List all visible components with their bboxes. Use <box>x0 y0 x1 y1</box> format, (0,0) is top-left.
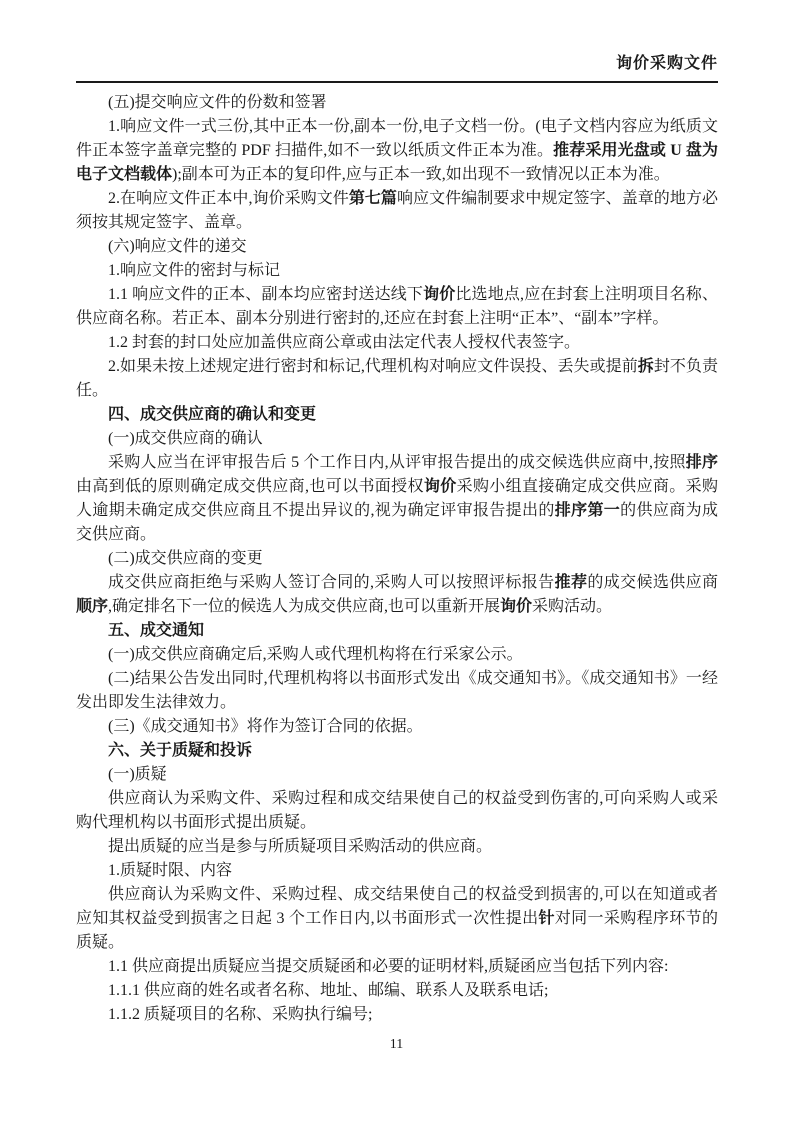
text-run: ,确定排名下一位的候选人为成交供应商,也可以重新开展 <box>108 598 500 615</box>
text-run: (二)结果公告发出同时,代理机构将以书面形式发出《成交通知书》。《成交通知书》一… <box>76 670 718 711</box>
paragraph: (二)成交供应商的变更 <box>76 547 718 571</box>
text-run: (二)成交供应商的变更 <box>108 550 263 567</box>
document-page: 询价采购文件 (五)提交响应文件的份数和签署1.响应文件一式三份,其中正本一份,… <box>0 0 793 1122</box>
text-run: 1.响应文件的密封与标记 <box>108 262 280 279</box>
text-run: 询价 <box>423 286 455 303</box>
text-run: 拆 <box>638 358 654 375</box>
text-run: (一)成交供应商确定后,采购人或代理机构将在行采家公示。 <box>108 646 523 663</box>
text-run: 采购人应当在评审报告后 5 个工作日内,从评审报告提出的成交候选供应商中,按照 <box>108 454 686 471</box>
page-content: 询价采购文件 (五)提交响应文件的份数和签署1.响应文件一式三份,其中正本一份,… <box>76 54 718 1027</box>
page-number: 11 <box>390 1037 403 1052</box>
paragraph: 1.响应文件一式三份,其中正本一份,副本一份,电子文档一份。(电子文档内容应为纸… <box>76 115 718 187</box>
paragraph: 提出质疑的应当是参与所质疑项目采购活动的供应商。 <box>76 835 718 859</box>
text-run: 2.如果未按上述规定进行密封和标记,代理机构对响应文件误投、丢失或提前 <box>108 358 638 375</box>
text-run: 六、关于质疑和投诉 <box>108 742 252 759</box>
text-run: (三)《成交通知书》将作为签订合同的依据。 <box>108 718 423 735</box>
text-run: 1.1 供应商提出质疑应当提交质疑函和必要的证明材料,质疑函应当包括下列内容: <box>108 958 668 975</box>
paragraph: (一)质疑 <box>76 763 718 787</box>
text-run: 询价 <box>500 598 532 615</box>
header-title: 询价采购文件 <box>76 54 718 73</box>
paragraph: (一)成交供应商确定后,采购人或代理机构将在行采家公示。 <box>76 643 718 667</box>
paragraph: 1.1.1 供应商的姓名或者名称、地址、邮编、联系人及联系电话; <box>76 979 718 1003</box>
text-run: 1.1 响应文件的正本、副本均应密封送达线下 <box>108 286 423 303</box>
text-run: 1.质疑时限、内容 <box>108 862 232 879</box>
paragraph: (六)响应文件的递交 <box>76 235 718 259</box>
text-run: 四、成交供应商的确认和变更 <box>108 406 316 423</box>
header-rule <box>76 81 718 83</box>
text-run: 排序 <box>686 454 718 471</box>
text-run: );副本可为正本的复印件,应与正本一致,如出现不一致情况以正本为准。 <box>172 166 670 183</box>
text-run: 由高到低的原则确定成交供应商,也可以书面授权 <box>76 478 424 495</box>
text-run: 第七篇 <box>349 190 397 207</box>
page-footer: 11 <box>0 1037 793 1053</box>
section-heading: 四、成交供应商的确认和变更 <box>76 403 718 427</box>
paragraph: 采购人应当在评审报告后 5 个工作日内,从评审报告提出的成交候选供应商中,按照排… <box>76 451 718 547</box>
paragraph: (三)《成交通知书》将作为签订合同的依据。 <box>76 715 718 739</box>
text-run: 排序第一 <box>555 502 620 519</box>
text-run: 1.2 封套的封口处应加盖供应商公章或由法定代表人授权代表签字。 <box>108 334 580 351</box>
text-run: 1.1.1 供应商的姓名或者名称、地址、邮编、联系人及联系电话; <box>108 982 548 999</box>
paragraph: 2.如果未按上述规定进行密封和标记,代理机构对响应文件误投、丢失或提前拆封不负责… <box>76 355 718 403</box>
paragraph: 供应商认为采购文件、采购过程、成交结果使自己的权益受到损害的,可以在知道或者应知… <box>76 883 718 955</box>
text-run: (五)提交响应文件的份数和签署 <box>108 94 327 111</box>
paragraph: 1.质疑时限、内容 <box>76 859 718 883</box>
text-run: (一)质疑 <box>108 766 167 783</box>
text-run: 2.在响应文件正本中,询价采购文件 <box>108 190 349 207</box>
paragraph: (二)结果公告发出同时,代理机构将以书面形式发出《成交通知书》。《成交通知书》一… <box>76 667 718 715</box>
text-run: 推荐 <box>555 574 588 591</box>
paragraph: (一)成交供应商的确认 <box>76 427 718 451</box>
document-body: (五)提交响应文件的份数和签署1.响应文件一式三份,其中正本一份,副本一份,电子… <box>76 91 718 1027</box>
paragraph: 1.2 封套的封口处应加盖供应商公章或由法定代表人授权代表签字。 <box>76 331 718 355</box>
paragraph: 1.1.2 质疑项目的名称、采购执行编号; <box>76 1003 718 1027</box>
text-run: 顺序 <box>76 598 108 615</box>
text-run: 针 <box>538 910 554 927</box>
text-run: 提出质疑的应当是参与所质疑项目采购活动的供应商。 <box>108 838 492 855</box>
paragraph: 1.响应文件的密封与标记 <box>76 259 718 283</box>
text-run: 采购活动。 <box>532 598 612 615</box>
text-run: 1.1.2 质疑项目的名称、采购执行编号; <box>108 1006 372 1023</box>
paragraph: 1.1 响应文件的正本、副本均应密封送达线下询价比选地点,应在封套上注明项目名称… <box>76 283 718 331</box>
text-run: 成交供应商拒绝与采购人签订合同的,采购人可以按照评标报告 <box>108 574 555 591</box>
paragraph: 成交供应商拒绝与采购人签订合同的,采购人可以按照评标报告推荐的成交候选供应商顺序… <box>76 571 718 619</box>
paragraph: (五)提交响应文件的份数和签署 <box>76 91 718 115</box>
text-run: (一)成交供应商的确认 <box>108 430 263 447</box>
section-heading: 五、成交通知 <box>76 619 718 643</box>
paragraph: 2.在响应文件正本中,询价采购文件第七篇响应文件编制要求中规定签字、盖章的地方必… <box>76 187 718 235</box>
text-run: 的成交候选供应商 <box>587 574 718 591</box>
paragraph: 供应商认为采购文件、采购过程和成交结果使自己的权益受到伤害的,可向采购人或采购代… <box>76 787 718 835</box>
text-run: 询价 <box>424 478 457 495</box>
section-heading: 六、关于质疑和投诉 <box>76 739 718 763</box>
text-run: (六)响应文件的递交 <box>108 238 247 255</box>
text-run: 五、成交通知 <box>108 622 204 639</box>
text-run: 供应商认为采购文件、采购过程和成交结果使自己的权益受到伤害的,可向采购人或采购代… <box>76 790 718 831</box>
paragraph: 1.1 供应商提出质疑应当提交质疑函和必要的证明材料,质疑函应当包括下列内容: <box>76 955 718 979</box>
